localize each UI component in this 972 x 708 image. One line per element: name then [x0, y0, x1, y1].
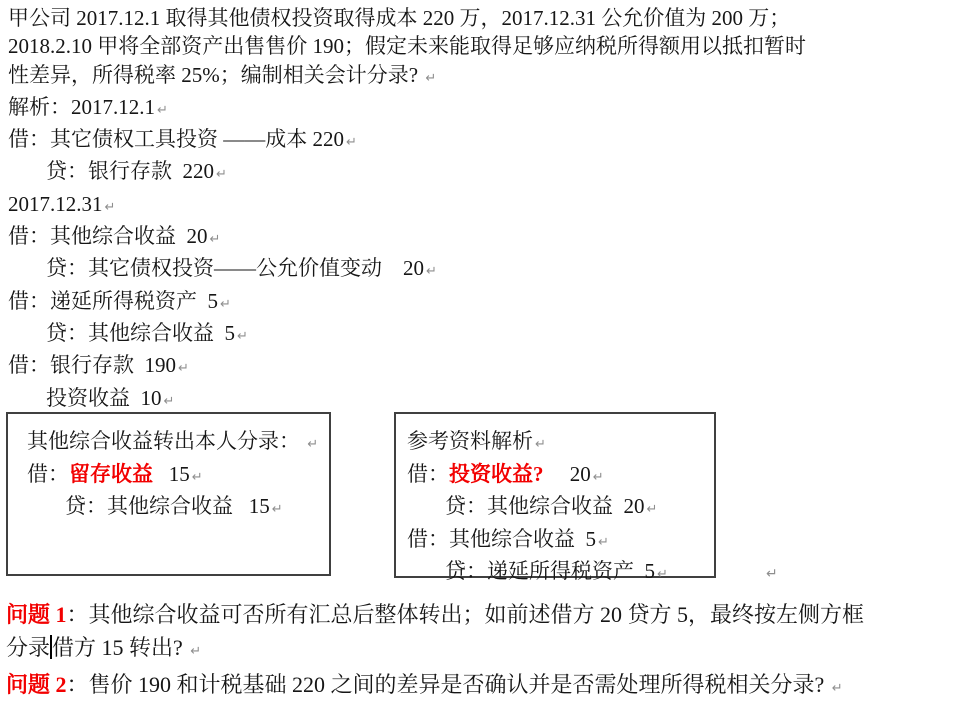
text-run: 借：其它债权工具投资 ——成本 220: [8, 127, 344, 151]
right-note-box: 参考资料解析↵借：投资收益? 20↵贷：其他综合收益 20↵借：其他综合收益 5…: [394, 412, 716, 578]
text-line[interactable]: 贷：递延所得税资产 5↵: [407, 557, 712, 590]
text-run: 解析：2017.12.1: [8, 95, 155, 119]
text-line[interactable]: 借：其他综合收益 5↵: [407, 525, 712, 558]
text-line[interactable]: 借：银行存款 190↵: [8, 351, 966, 383]
paragraph-mark-icon: ↵: [157, 103, 168, 118]
paragraph-mark-icon: ↵: [766, 566, 778, 582]
text-run: 性差异，所得税率 25%；编制相关会计分录?: [8, 63, 423, 87]
text-run: 贷：其他综合收益 5: [46, 321, 235, 345]
paragraph-mark-icon: ↵: [593, 470, 604, 485]
text-line[interactable]: 借：其他综合收益 20↵: [8, 222, 966, 254]
text-line[interactable]: 2017.12.31↵: [8, 190, 966, 222]
text-line[interactable]: 其他综合收益转出本人分录： ↵: [27, 427, 325, 460]
text-line[interactable]: 贷：其他综合收益 15↵: [27, 492, 325, 525]
paragraph-mark-icon: ↵: [832, 681, 843, 696]
text-line[interactable]: 贷：其他综合收益 20↵: [407, 492, 712, 525]
paragraph-mark-icon: ↵: [178, 361, 189, 376]
paragraph-mark-icon: ↵: [598, 535, 609, 550]
paragraph-mark-icon: ↵: [272, 502, 283, 517]
text-line[interactable]: 投资收益 10↵: [8, 384, 966, 416]
red-highlight-text: 投资收益?: [449, 462, 544, 486]
main-text: 甲公司 2017.12.1 取得其他债权投资取得成本 220 万，2017.12…: [8, 4, 966, 448]
paragraph-mark-icon: ↵: [105, 200, 116, 215]
text-line[interactable]: 性差异，所得税率 25%；编制相关会计分录? ↵: [8, 61, 966, 93]
text-run: 20: [544, 462, 591, 486]
text-line[interactable]: 贷：银行存款 220↵: [8, 157, 966, 189]
text-line[interactable]: 借：递延所得税资产 5↵: [8, 287, 966, 319]
left-note-box: 其他综合收益转出本人分录： ↵借：留存收益 15↵贷：其他综合收益 15↵: [6, 412, 331, 576]
text-run: ：其他综合收益可否所有汇总后整体转出；如前述借方 20 贷方 5，最终按左侧方框: [67, 602, 865, 627]
paragraph-mark-icon: ↵: [216, 167, 227, 182]
paragraph-mark-icon: ↵: [237, 329, 248, 344]
text-line[interactable]: 问题 1：其他综合收益可否所有汇总后整体转出；如前述借方 20 贷方 5，最终按…: [6, 598, 972, 631]
text-run: 贷：其他综合收益 15: [65, 494, 270, 518]
paragraph-mark-icon: ↵: [220, 297, 231, 312]
text-run: 甲公司 2017.12.1 取得其他债权投资取得成本 220 万，2017.12…: [8, 6, 790, 30]
text-run: 分录: [6, 635, 50, 660]
text-run: 参考资料解析: [407, 429, 533, 453]
text-line[interactable]: 借：留存收益 15↵: [27, 460, 325, 493]
paragraph-mark-icon: ↵: [657, 567, 668, 582]
text-line[interactable]: 参考资料解析↵: [407, 427, 712, 460]
text-line[interactable]: 借：投资收益? 20↵: [407, 460, 712, 493]
paragraph-mark-icon: ↵: [535, 437, 546, 452]
text-run: 其他综合收益转出本人分录：: [27, 429, 305, 453]
paragraph-mark-icon: ↵: [647, 502, 658, 517]
text-line[interactable]: 问题 2：售价 190 和计税基础 220 之间的差异是否确认并是否需处理所得税…: [6, 668, 972, 705]
text-run: 贷：其它债权投资——公允价值变动 20: [46, 256, 424, 280]
text-run: 2017.12.31: [8, 192, 103, 216]
paragraph-mark-icon: ↵: [426, 264, 437, 279]
text-line[interactable]: 借：其它债权工具投资 ——成本 220↵: [8, 125, 966, 157]
text-line[interactable]: 贷：其他综合收益 5↵: [8, 319, 966, 351]
paragraph-mark-icon: ↵: [164, 394, 175, 409]
red-highlight-text: 问题 2: [6, 672, 67, 697]
paragraph-mark-icon: ↵: [425, 71, 436, 86]
paragraph-mark-icon: ↵: [190, 644, 201, 659]
text-line[interactable]: 2018.2.10 甲将全部资产出售售价 190；假定未来能取得足够应纳税所得额…: [8, 32, 966, 60]
questions-block: 问题 1：其他综合收益可否所有汇总后整体转出；如前述借方 20 贷方 5，最终按…: [6, 598, 972, 705]
text-run: 借：其他综合收益 20: [8, 224, 208, 248]
text-run: ：售价 190 和计税基础 220 之间的差异是否确认并是否需处理所得税相关分录…: [67, 672, 830, 697]
text-run: 借：: [407, 462, 449, 486]
text-run: 投资收益 10: [46, 386, 162, 410]
paragraph-mark-icon: ↵: [192, 470, 203, 485]
document-canvas[interactable]: 甲公司 2017.12.1 取得其他债权投资取得成本 220 万，2017.12…: [0, 0, 972, 708]
text-run: 借：递延所得税资产 5: [8, 289, 218, 313]
text-run: 贷：银行存款 220: [46, 159, 214, 183]
text-run: 贷：递延所得税资产 5: [445, 559, 655, 583]
paragraph-mark-icon: ↵: [307, 437, 318, 452]
text-run: 借：其他综合收益 5: [407, 527, 596, 551]
text-run: 2018.2.10 甲将全部资产出售售价 190；假定未来能取得足够应纳税所得额…: [8, 34, 806, 58]
text-line[interactable]: 甲公司 2017.12.1 取得其他债权投资取得成本 220 万，2017.12…: [8, 4, 966, 32]
text-run: 15: [153, 462, 190, 486]
text-run: 借：: [27, 462, 69, 486]
text-line[interactable]: 解析：2017.12.1↵: [8, 93, 966, 125]
paragraph-mark-icon: ↵: [210, 232, 221, 247]
text-line[interactable]: 贷：其它债权投资——公允价值变动 20↵: [8, 254, 966, 286]
text-run: 借：银行存款 190: [8, 353, 176, 377]
text-run: 贷：其他综合收益 20: [445, 494, 645, 518]
text-run: 借方 15 转出?: [52, 635, 188, 660]
red-highlight-text: 问题 1: [6, 602, 67, 627]
paragraph-mark-icon: ↵: [346, 135, 357, 150]
text-line[interactable]: 分录借方 15 转出? ↵: [6, 631, 972, 668]
red-highlight-text: 留存收益: [69, 462, 153, 486]
